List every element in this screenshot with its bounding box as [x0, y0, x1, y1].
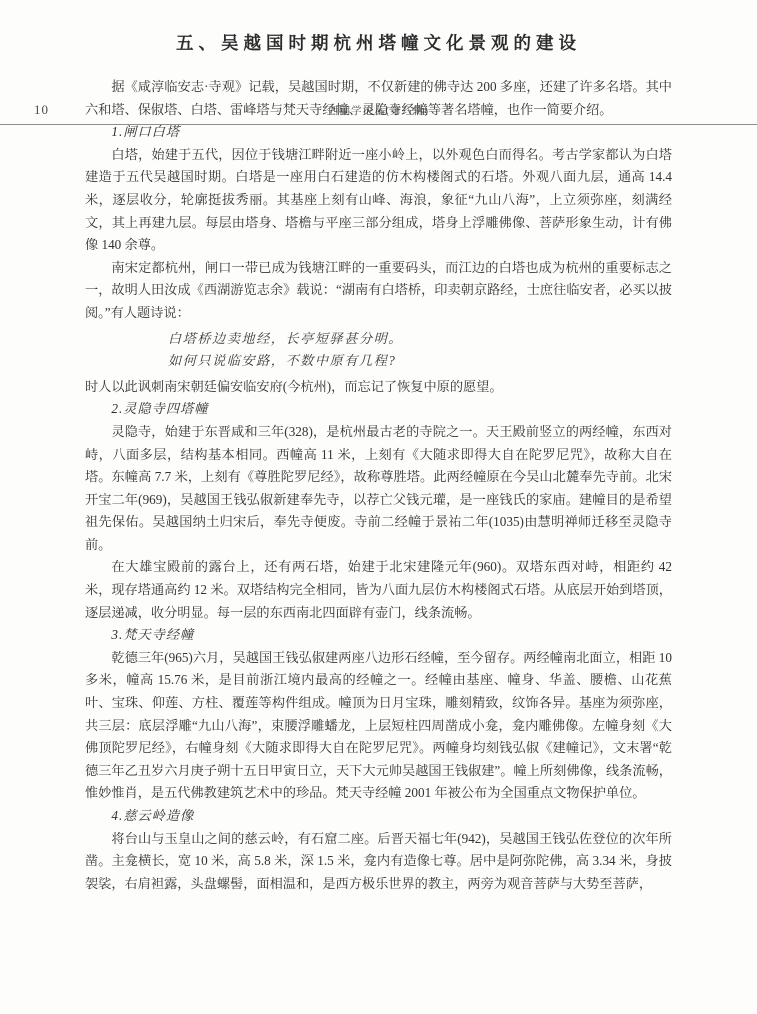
page-number: 10 — [34, 102, 49, 118]
section-4-heading: 4.慈云岭造像 — [85, 805, 672, 828]
section-1-paragraph-1: 白塔，始建于五代，因位于钱塘江畔附近一座小岭上，以外观色白而得名。考古学家都认为… — [85, 144, 672, 257]
section-1-paragraph-3: 时人以此讽刺南宋朝廷偏安临安府(今杭州)，而忘记了恢复中原的愿望。 — [85, 376, 672, 399]
section-1-heading: 1.闸口白塔 — [85, 121, 672, 144]
article-body: 据《咸淳临安志·寺观》记载，吴越国时期，不仅新建的佛寺达 200 多座，还建了许… — [85, 76, 672, 895]
intro-paragraph: 据《咸淳临安志·寺观》记载，吴越国时期，不仅新建的佛寺达 200 多座，还建了许… — [85, 76, 672, 121]
article-title: 五、吴越国时期杭州塔幢文化景观的建设 — [85, 30, 672, 55]
section-2-paragraph-1: 灵隐寺，始建于东晋咸和三年(328)，是杭州最古老的寺院之一。天王殿前竖立的两经… — [85, 421, 672, 557]
poem-line-2: 如何只说临安路，不数中原有几程? — [168, 350, 672, 373]
section-1-paragraph-2: 南宋定都杭州，闸口一带已成为钱塘江畔的一重要码头，而江边的白塔也成为杭州的重要标… — [85, 257, 672, 325]
scanned-book-page: 10 西湖学论丛(第八辑) 五、吴越国时期杭州塔幢文化景观的建设 据《咸淳临安志… — [0, 0, 757, 1014]
section-3-heading: 3.梵天寺经幢 — [85, 624, 672, 647]
quoted-poem: 白塔桥边卖地经，长亭短驿甚分明。 如何只说临安路，不数中原有几程? — [85, 328, 672, 373]
section-3-paragraph-1: 乾德三年(965)六月，吴越国王钱弘俶建两座八边形石经幢，至今留存。两经幢南北面… — [85, 647, 672, 805]
poem-line-1: 白塔桥边卖地经，长亭短驿甚分明。 — [168, 328, 672, 351]
section-2-paragraph-2: 在大雄宝殿前的露台上，还有两石塔，始建于北宋建隆元年(960)。双塔东西对峙，相… — [85, 556, 672, 624]
section-4-paragraph-1: 将台山与玉皇山之间的慈云岭，有石窟二座。后晋天福七年(942)，吴越国王钱弘佐登… — [85, 828, 672, 896]
page-content: 五、吴越国时期杭州塔幢文化景观的建设 据《咸淳临安志·寺观》记载，吴越国时期，不… — [85, 0, 672, 895]
section-2-heading: 2.灵隐寺四塔幢 — [85, 398, 672, 421]
